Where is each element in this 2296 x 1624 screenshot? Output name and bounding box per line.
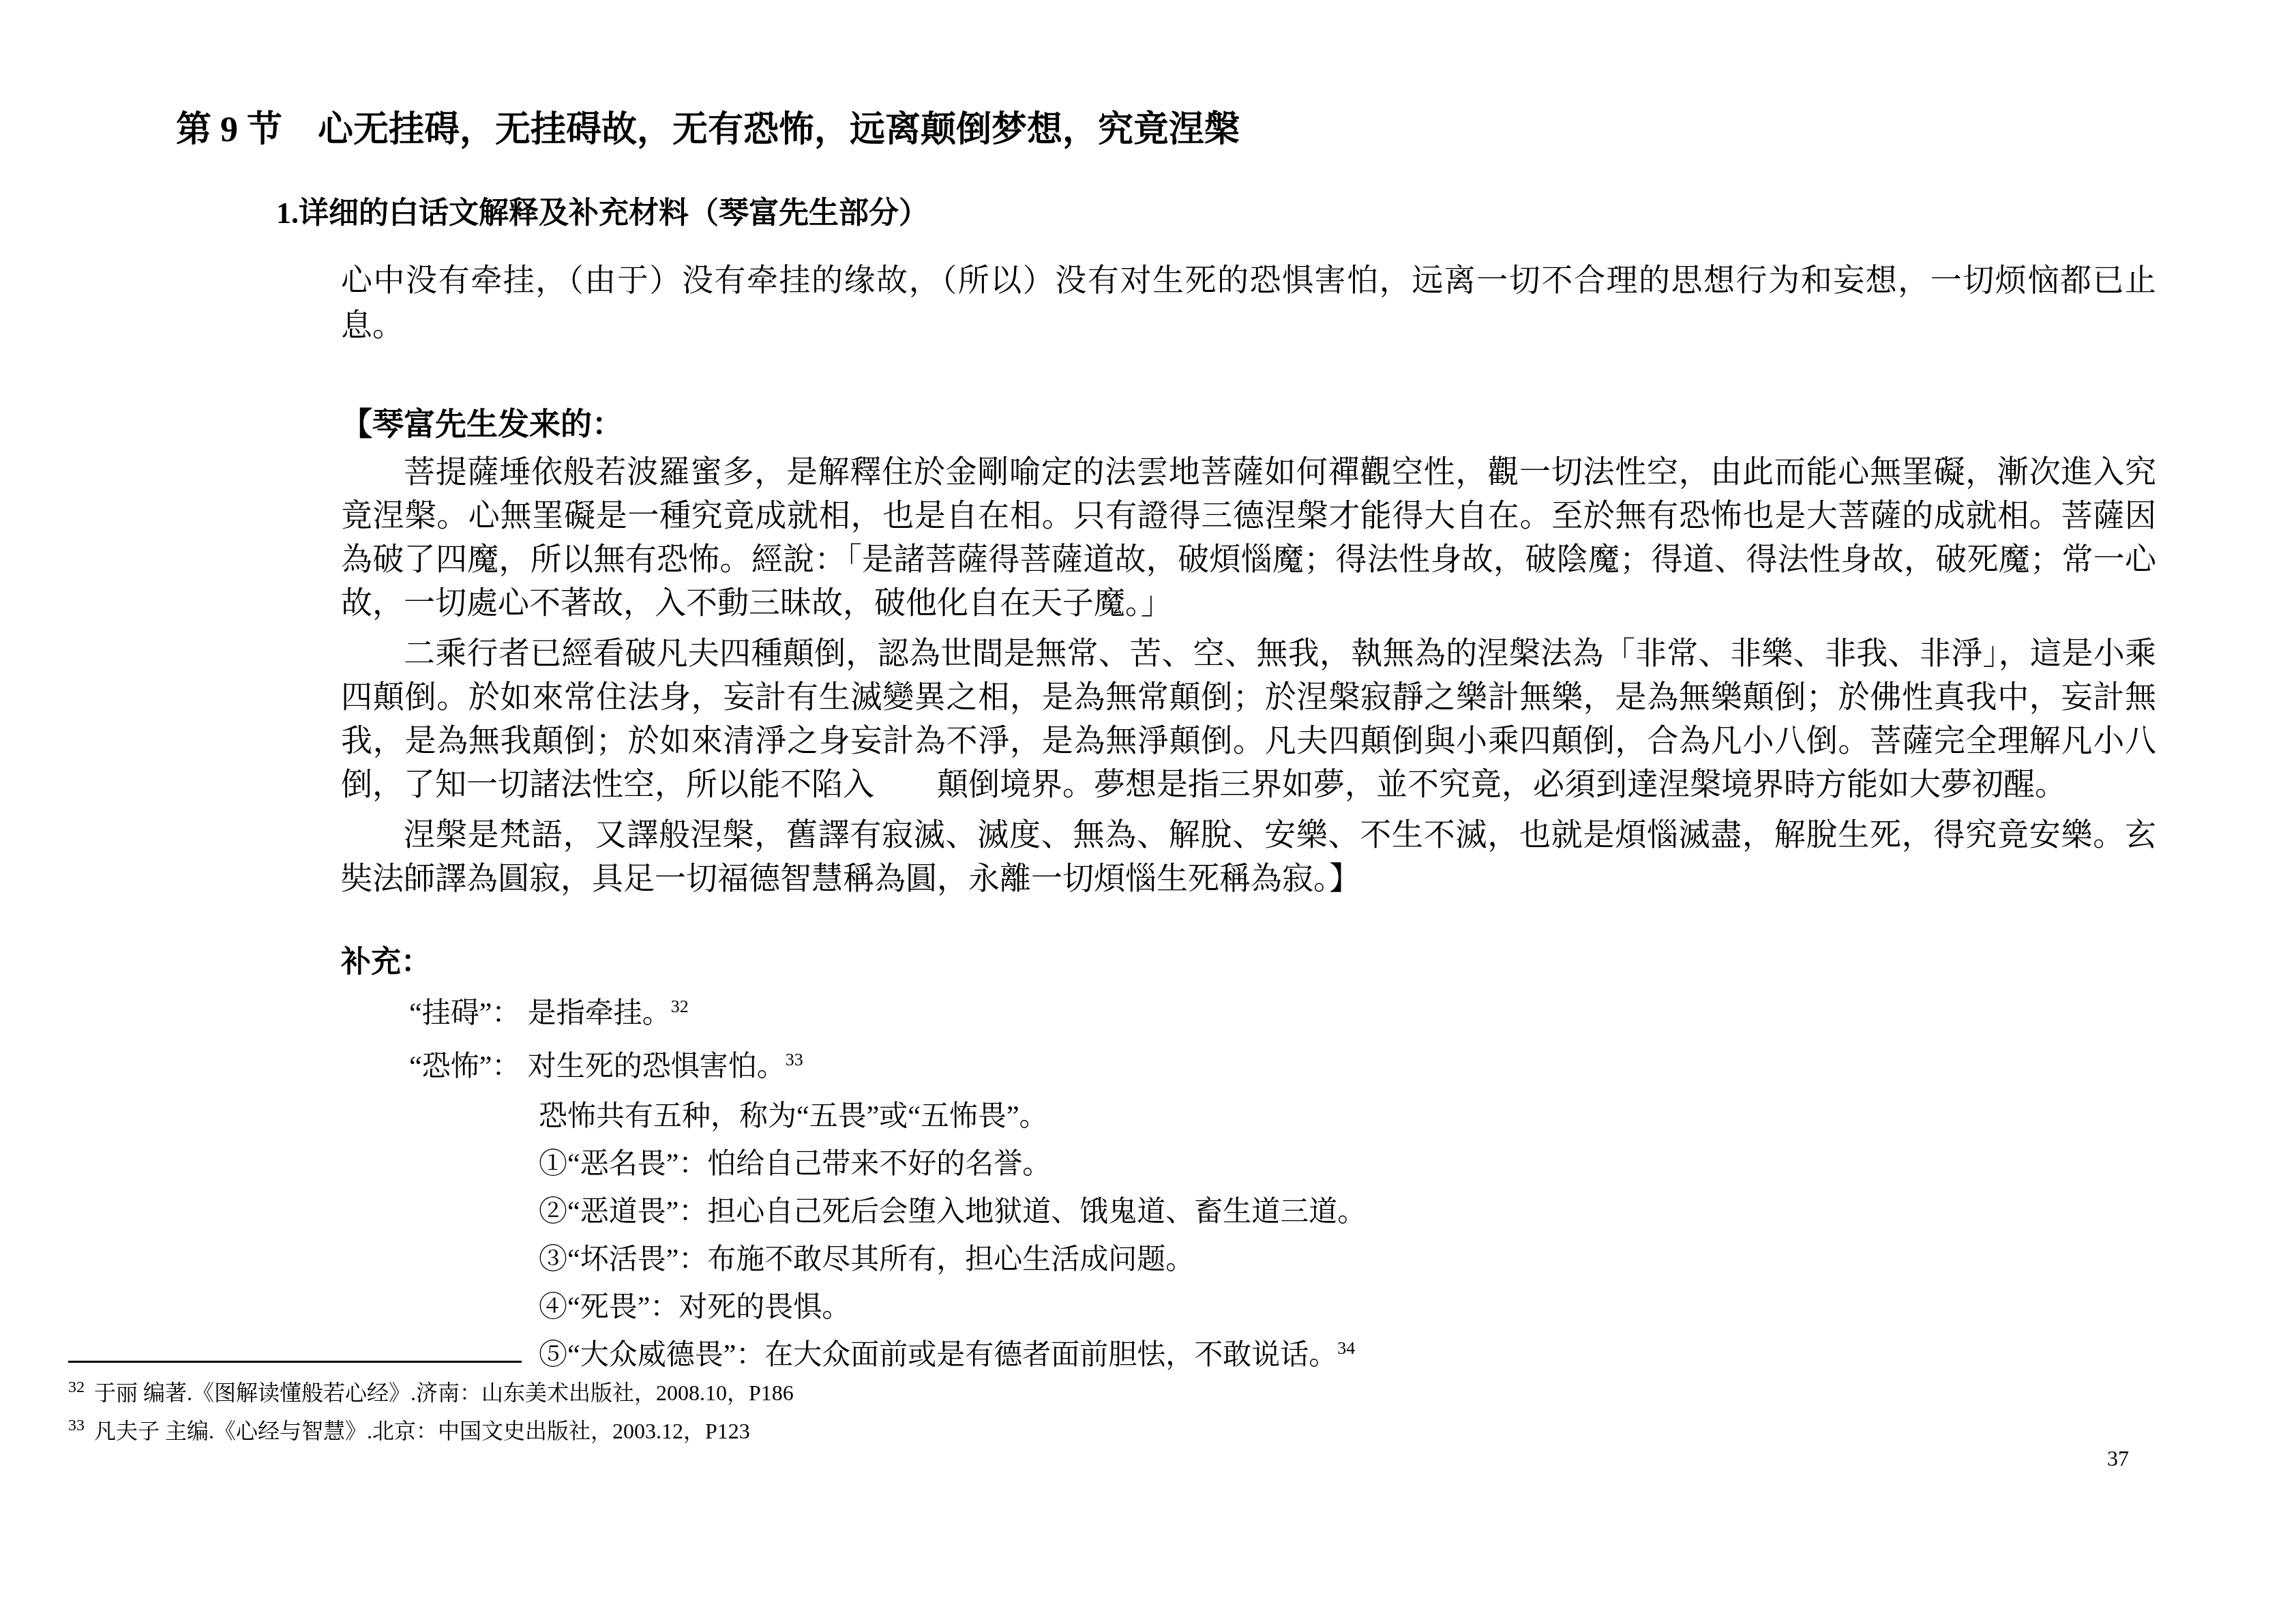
footnote-number: 33 [68,1417,85,1434]
list-item: ④“死畏”：对死的畏惧。 [539,1288,2156,1327]
list-item-text: ②“恶道畏”：担心自己死后会堕入地狱道、饿鬼道、畜生道三道。 [539,1196,1366,1228]
definition-line: “恐怖”： 对生死的恐惧害怕。33 [409,1046,2156,1087]
footnote-text: 凡夫子 主编.《心经与智慧》.北京：中国文史出版社，2003.12，P123 [94,1419,750,1443]
footnote: 32于丽 编著.《图解读懂般若心经》.济南：山东美术出版社，2008.10，P1… [68,1374,2155,1412]
footnote-ref: 33 [786,1050,803,1069]
page-title: 第 9 节 心无挂碍，无挂碍故，无有恐怖，远离颠倒梦想，究竟涅槃 [176,109,2160,151]
footnote-number: 32 [68,1378,85,1396]
footnote: 33凡夫子 主编.《心经与智慧》.北京：中国文史出版社，2003.12，P123 [68,1412,2155,1450]
quote-block-heading: 【琴富先生发来的： [341,405,2156,443]
page-number: 37 [2107,1446,2129,1471]
definition-text: “挂碍”： 是指牵挂。 [409,998,671,1029]
footnote-area: 32于丽 编著.《图解读懂般若心经》.济南：山东美术出版社，2008.10，P1… [68,1361,2155,1450]
intro-paragraph: 心中没有牵挂，（由于）没有牵挂的缘故，（所以）没有对生死的恐惧害怕，远离一切不合… [341,258,2156,348]
quote-paragraph: 菩提薩埵依般若波羅蜜多，是解釋住於金剛喻定的法雲地菩薩如何禪觀空性，觀一切法性空… [341,450,2156,625]
list-item-text: ④“死畏”：对死的畏惧。 [539,1292,850,1323]
footnote-text: 于丽 编著.《图解读懂般若心经》.济南：山东美术出版社，2008.10，P186 [94,1381,794,1405]
list-item-text: ①“恶名畏”：怕给自己带来不好的名誉。 [539,1149,1051,1180]
list-item: ①“恶名畏”：怕给自己带来不好的名誉。 [539,1145,2156,1184]
list-item: ②“恶道畏”：担心自己死后会堕入地狱道、饿鬼道、畜生道三道。 [539,1192,2156,1232]
definition-line: “挂碍”： 是指牵挂。32 [409,993,2156,1034]
list-item: ③“坏活畏”：布施不敢尽其所有，担心生活成问题。 [539,1240,2156,1280]
quote-paragraph: 二乘行者已經看破凡夫四種顛倒，認為世間是無常、苦、空、無我，執無為的涅槃法為「非… [341,632,2156,806]
document-page: 第 9 节 心无挂碍，无挂碍故，无有恐怖，远离颠倒梦想，究竟涅槃 1.详细的白话… [0,0,2296,1624]
section-heading: 1.详细的白话文解释及补充材料（琴富先生部分） [276,195,2160,232]
supplement-heading: 补充： [341,944,2156,981]
footnote-ref: 32 [671,996,689,1016]
footnote-separator [68,1361,522,1363]
list-item-text: ③“坏活畏”：布施不敢尽其所有，担心生活成问题。 [539,1244,1194,1275]
definition-text: “恐怖”： 对生死的恐惧害怕。 [409,1051,786,1082]
supplement-note: 恐怖共有五种，称为“五畏”或“五怖畏”。 [539,1097,2156,1136]
footnote-ref: 34 [1337,1338,1355,1358]
quote-paragraph: 涅槃是梵語，又譯般涅槃，舊譯有寂滅、滅度、無為、解脫、安樂、不生不滅，也就是煩惱… [341,813,2156,900]
